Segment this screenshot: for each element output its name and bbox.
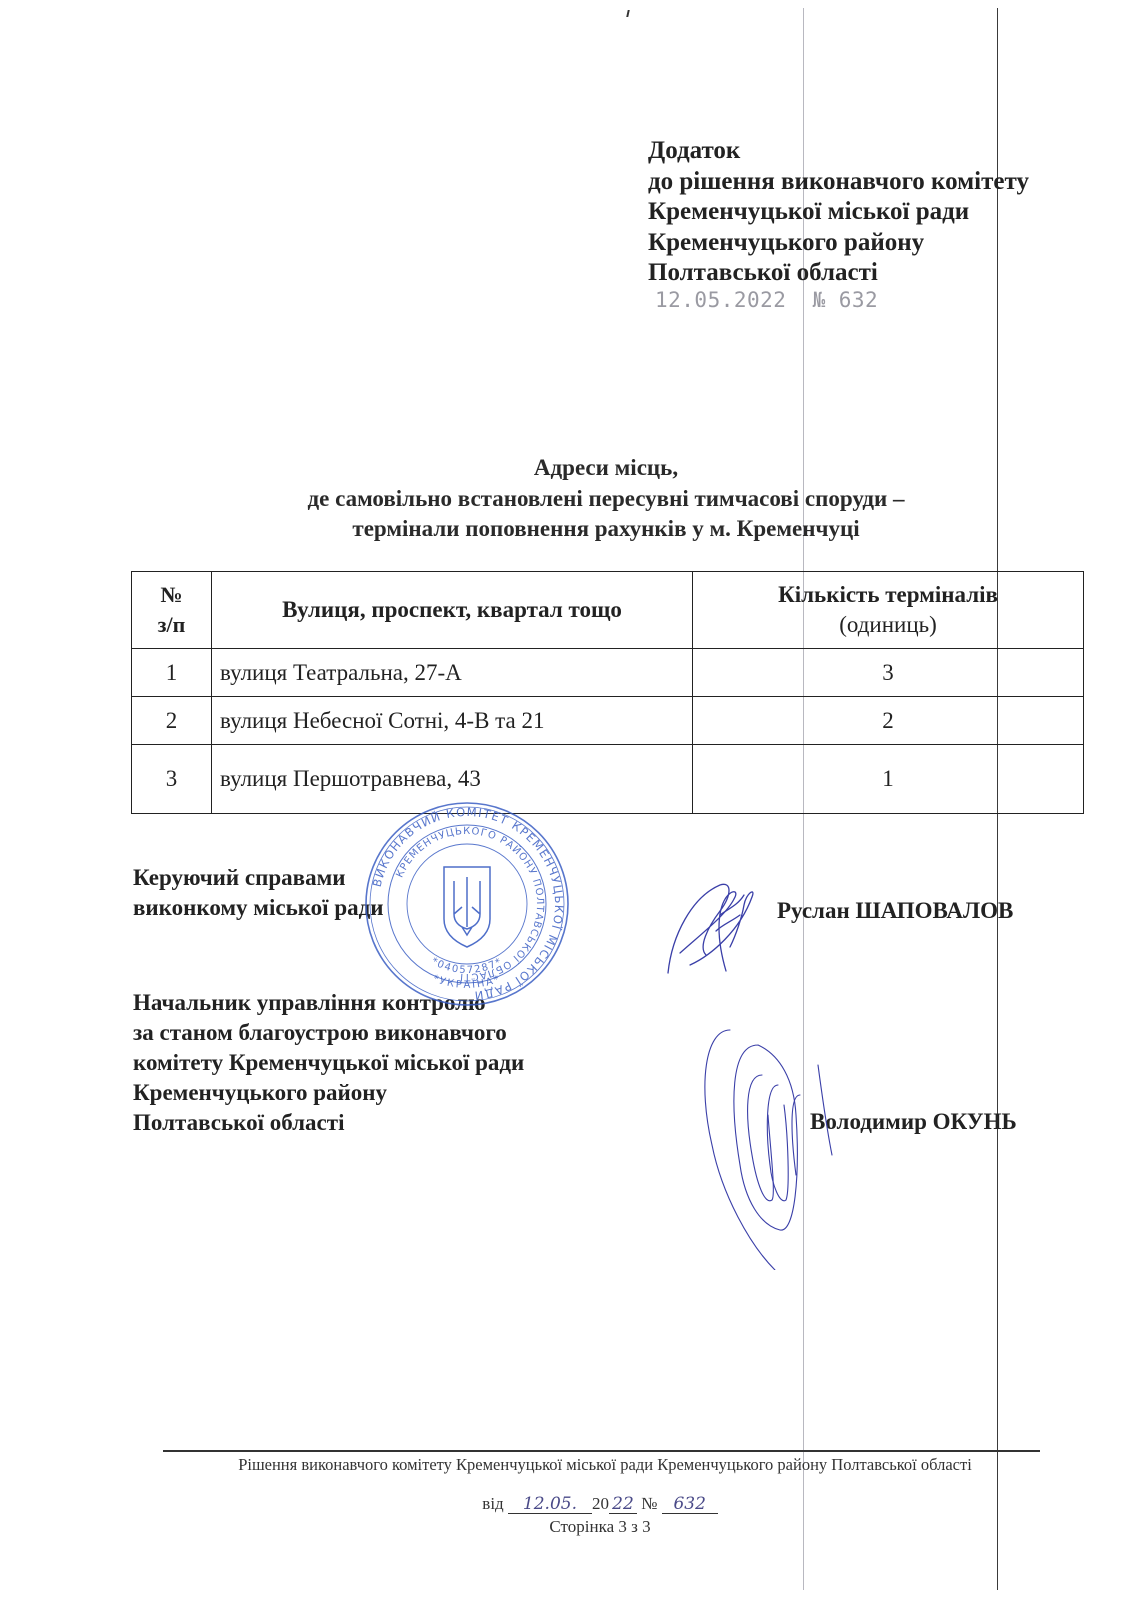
registration-number-prefix: № — [812, 288, 825, 312]
appendix-line: Кременчуцького району — [648, 228, 1029, 259]
signatory-name: Володимир ОКУНЬ — [810, 1107, 1017, 1137]
header-count: Кількість терміналів (одиниць) — [693, 572, 1084, 649]
registration-stamp: 12.05.2022№ 632 — [655, 288, 878, 312]
footer-date-line: від 12.05.2022 № 632 — [0, 1494, 1132, 1514]
svg-text:КРЕМЕНЧУЦЬКОГО РАЙОНУ ПОЛТАВСЬ: КРЕМЕНЧУЦЬКОГО РАЙОНУ ПОЛТАВСЬКОЇ ОБЛАСТ… — [395, 826, 546, 982]
footer-year-prefix: 20 — [592, 1494, 609, 1513]
registration-date: 12.05.2022 — [655, 288, 786, 312]
table-row: 3 вулиця Першотравнева, 43 1 — [132, 745, 1084, 814]
signatory-name: Руслан ШАПОВАЛОВ — [777, 896, 1013, 926]
table-header-row: № з/п Вулиця, проспект, квартал тощо Кіл… — [132, 572, 1084, 649]
table-row: 2 вулиця Небесної Сотні, 4-В та 21 2 — [132, 697, 1084, 745]
footer-from-label: від — [482, 1494, 503, 1513]
terminals-table: № з/п Вулиця, проспект, квартал тощо Кіл… — [131, 571, 1084, 814]
footer-handwritten-year: 22 — [609, 1495, 637, 1514]
cell-street: вулиця Театральна, 27-А — [212, 649, 693, 697]
header-street: Вулиця, проспект, квартал тощо — [212, 572, 693, 649]
footer-decision-text: Рішення виконавчого комітету Кременчуцьк… — [0, 1455, 1132, 1475]
document-subtitle: термінали поповнення рахунків у м. Креме… — [40, 516, 1132, 542]
table-row: 1 вулиця Театральна, 27-А 3 — [132, 649, 1084, 697]
header-number: № з/п — [132, 572, 212, 649]
signature-okun — [700, 1025, 840, 1270]
cell-street: вулиця Небесної Сотні, 4-В та 21 — [212, 697, 693, 745]
cell-number: 3 — [132, 745, 212, 814]
official-stamp: ВИКОНАВЧИЙ КОМІТЕТ КРЕМЕНЧУЦЬКОЇ МІСЬКОЇ… — [362, 799, 572, 1009]
cell-count: 3 — [693, 649, 1084, 697]
appendix-line: Додаток — [648, 136, 1029, 167]
signatory-position: Керуючий справами виконкому міської ради — [133, 863, 384, 923]
stamp-inner-text: КРЕМЕНЧУЦЬКОГО РАЙОНУ ПОЛТАВСЬКОЇ ОБЛАСТ… — [395, 826, 546, 982]
footer-number-label: № — [641, 1494, 657, 1513]
trident-emblem-icon — [444, 867, 490, 947]
footer-divider — [163, 1450, 1040, 1452]
scan-mark — [626, 10, 629, 17]
cell-count: 2 — [693, 697, 1084, 745]
appendix-line: Полтавської області — [648, 258, 1029, 289]
appendix-line: до рішення виконавчого комітету — [648, 167, 1029, 198]
cell-count: 1 — [693, 745, 1084, 814]
cell-number: 1 — [132, 649, 212, 697]
signature-shapovalov — [660, 875, 770, 980]
registration-number: 632 — [839, 288, 878, 312]
appendix-line: Кременчуцької міської ради — [648, 197, 1029, 228]
page-indicator: Сторінка 3 з 3 — [0, 1517, 1132, 1537]
cell-number: 2 — [132, 697, 212, 745]
appendix-header: Додаток до рішення виконавчого комітету … — [648, 136, 1029, 289]
footer-handwritten-date: 12.05. — [508, 1495, 592, 1514]
signatory-position: Начальник управління контролю за станом … — [133, 988, 524, 1138]
document-subtitle: де самовільно встановлені пересувні тимч… — [40, 486, 1132, 512]
document-title: Адреси місць, — [40, 455, 1132, 481]
footer-handwritten-number: 632 — [662, 1495, 718, 1514]
